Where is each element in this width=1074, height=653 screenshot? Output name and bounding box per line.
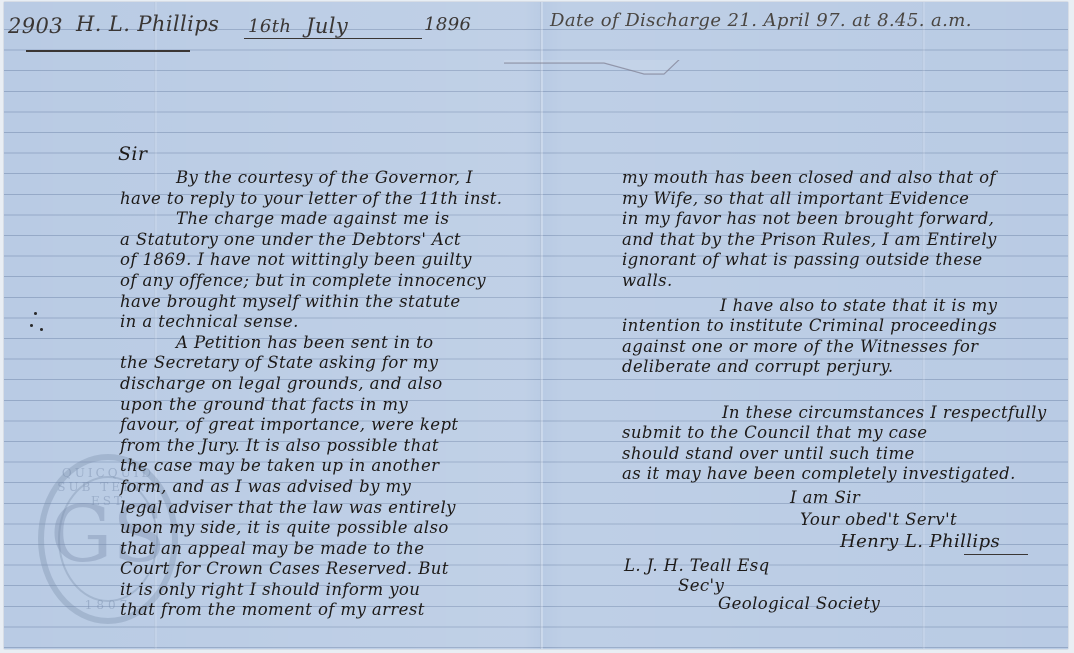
prisoner-name: H. L. Phillips [76,12,219,36]
letter-line: upon the ground that facts in my [120,395,502,416]
addressee-name: L. J. H. Teall Esq [624,556,770,577]
letter-sheet: QUICQUID SUB TERRA EST GS 1807 2903 H. L… [4,2,1068,649]
letter-line: ignorant of what is passing outside thes… [622,250,1016,271]
letter-line: discharge on legal grounds, and also [120,374,502,395]
letter-line: In these circumstances I respectfully [722,403,1068,424]
letter-line: of any offence; but in complete innocenc… [120,271,502,292]
letter-line: legal adviser that the law was entirely [120,498,502,519]
letter-line: that an appeal may be made to the [120,539,502,560]
date-underline [244,38,422,39]
letter-line: in a technical sense. [120,312,502,333]
signature-underline [964,554,1028,555]
name-underline [26,50,190,52]
date-day: 16th [248,16,291,37]
ink-speck [34,312,37,315]
letter-right-column: my mouth has been closed and also that o… [622,168,1016,477]
letter-line: that from the moment of my arrest [120,600,502,621]
letter-line: have brought myself within the statute [120,292,502,313]
letter-line: The charge made against me is [176,209,558,230]
letter-line: as it may have been completely investiga… [622,464,1016,485]
ink-speck [30,324,33,327]
letter-line: upon my side, it is quite possible also [120,518,502,539]
letter-line: intention to institute Criminal proceedi… [622,316,1016,337]
letter-line: the Secretary of State asking for my [120,353,502,374]
letter-line: from the Jury. It is also possible that [120,436,502,457]
letter-line: of 1869. I have not wittingly been guilt… [120,250,502,271]
letter-line: in my favor has not been brought forward… [622,209,1016,230]
discharge-note: Date of Discharge 21. April 97. at 8.45.… [550,10,972,31]
letter-line: A Petition has been sent in to [176,333,558,354]
letter-line: the case may be taken up in another [120,456,502,477]
letter-line-spacer [622,374,1016,395]
letter-line: my mouth has been closed and also that o… [622,168,1016,189]
signature: Henry L. Phillips [840,532,1000,553]
paper-tear [504,60,744,100]
addressee-organization: Geological Society [718,594,880,615]
letter-line: my Wife, so that all important Evidence [622,189,1016,210]
letter-line: have to reply to your letter of the 11th… [120,189,502,210]
letter-line: a Statutory one under the Debtors' Act [120,230,502,251]
letter-line: Court for Crown Cases Reserved. But [120,559,502,580]
letter-line: it is only right I should inform you [120,580,502,601]
letter-line: against one or more of the Witnesses for [622,337,1016,358]
closing-line: I am Sir [790,488,860,509]
date-month: July [306,14,348,38]
closing-servant: Your obed't Serv't [800,510,957,531]
letter-line: walls. [622,271,1016,292]
letter-line: I have also to state that it is my [720,296,1068,317]
letter-line: submit to the Council that my case [622,423,1016,444]
date-year: 1896 [424,14,471,35]
letter-line: By the courtesy of the Governor, I [176,168,558,189]
letter-line: form, and as I was advised by my [120,477,502,498]
letter-line: favour, of great importance, were kept [120,415,502,436]
letter-line: and that by the Prison Rules, I am Entir… [622,230,1016,251]
salutation: Sir [118,144,147,165]
letter-left-column: By the courtesy of the Governor, I have … [120,168,502,621]
letter-line: should stand over until such time [622,444,1016,465]
ink-speck [40,328,43,331]
reference-number: 2903 [8,14,63,38]
